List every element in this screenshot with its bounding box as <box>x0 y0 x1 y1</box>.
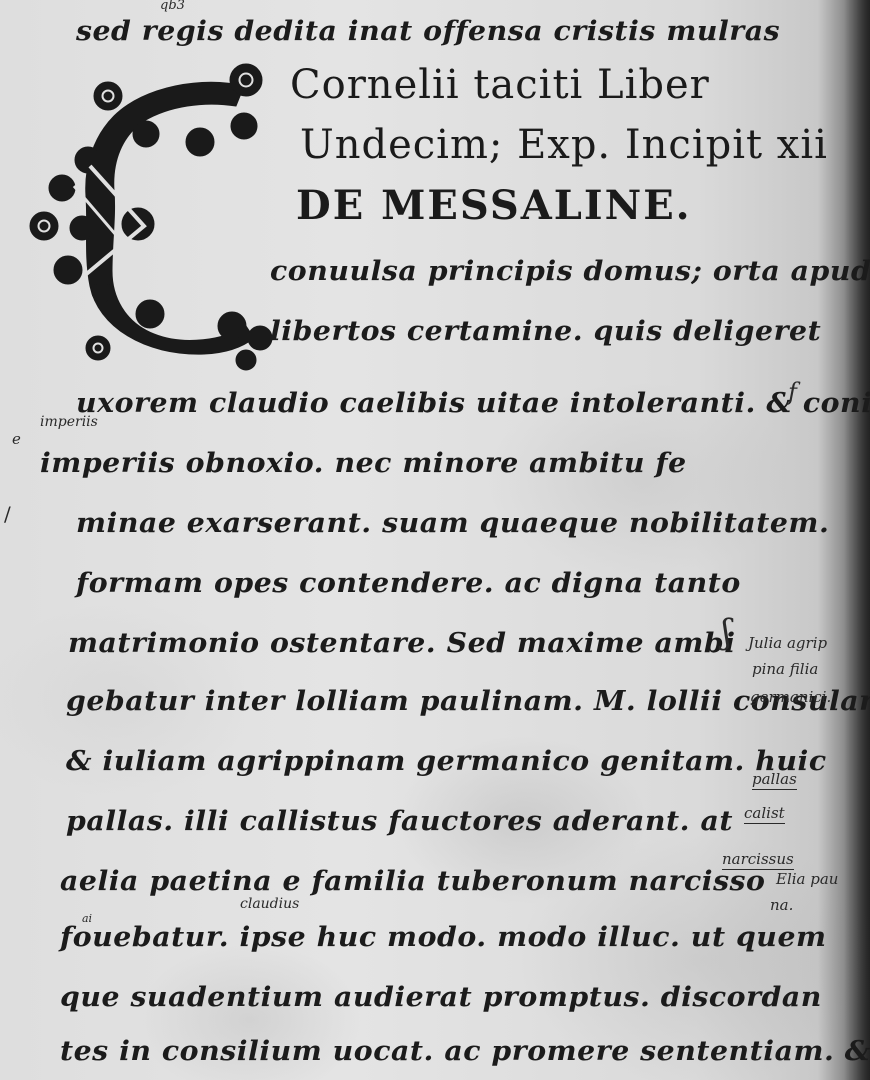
margin-note-narcissus: narcissus <box>722 850 794 870</box>
folio-mark: qb3 <box>160 0 185 13</box>
margin-note-f: f <box>788 378 797 406</box>
margin-note-elia-2: na. <box>770 896 793 914</box>
text-line-10: pallas. illi callistus fauctores aderant… <box>66 806 733 837</box>
margin-note-pallas: pallas <box>752 770 797 790</box>
margin-note-imperiis: imperiis <box>40 414 98 430</box>
margin-bracket-mark: ʃ <box>722 612 731 652</box>
manuscript-page: qb3 sed regis dedita inat offensa cristi… <box>0 0 870 1080</box>
text-line-7: matrimonio ostentare. Sed maxime ambi <box>68 628 736 659</box>
margin-note-julia-2: pina filia <box>752 660 818 678</box>
text-line-14: tes in consilium uocat. ac promere sente… <box>60 1036 870 1067</box>
text-line-9: & iuliam agrippinam germanico genitam. h… <box>66 746 827 777</box>
margin-note-e: e <box>12 430 21 448</box>
margin-note-elia-1: Elia pau <box>776 870 838 888</box>
text-line-1: conuulsa principis domus; orta apud <box>270 256 870 287</box>
heading-line-3: DE MESSALINE. <box>296 182 692 229</box>
text-line-4: imperiis obnoxio. nec minore ambitu fe <box>40 448 687 479</box>
text-line-5: minae exarserant. suam quaeque nobilitat… <box>76 508 829 539</box>
interlinear-gloss-claudius: claudius <box>240 896 299 912</box>
margin-note-julia-3: germanici. <box>750 688 831 706</box>
page-edge-shadow <box>844 0 870 1080</box>
heading-line-2: Undecim; Exp. Incipit xii <box>300 122 828 168</box>
text-line-11: aelia paetina e familia tuberonum narcis… <box>60 866 765 897</box>
margin-note-julia-1: Julia agrip <box>748 634 827 652</box>
margin-note-calist: calist <box>744 804 785 824</box>
text-line-12: fouebatur. ipse huc modo. modo illuc. ut… <box>60 922 827 953</box>
text-line-13: que suadentium audierat promptus. discor… <box>60 982 822 1013</box>
text-line-2: libertos certamine. quis deligeret <box>270 316 821 347</box>
interlinear-gloss-ai: ai <box>82 912 92 925</box>
text-line-3: uxorem claudio caelibis uitae intolerant… <box>76 388 870 419</box>
top-text-line: sed regis dedita inat offensa cristis mu… <box>76 16 780 47</box>
margin-tick-mark: / <box>4 502 11 526</box>
decorated-initial-c-icon <box>14 56 276 376</box>
text-line-6: formam opes contendere. ac digna tanto <box>76 568 741 599</box>
heading-line-1: Cornelii taciti Liber <box>290 62 710 108</box>
